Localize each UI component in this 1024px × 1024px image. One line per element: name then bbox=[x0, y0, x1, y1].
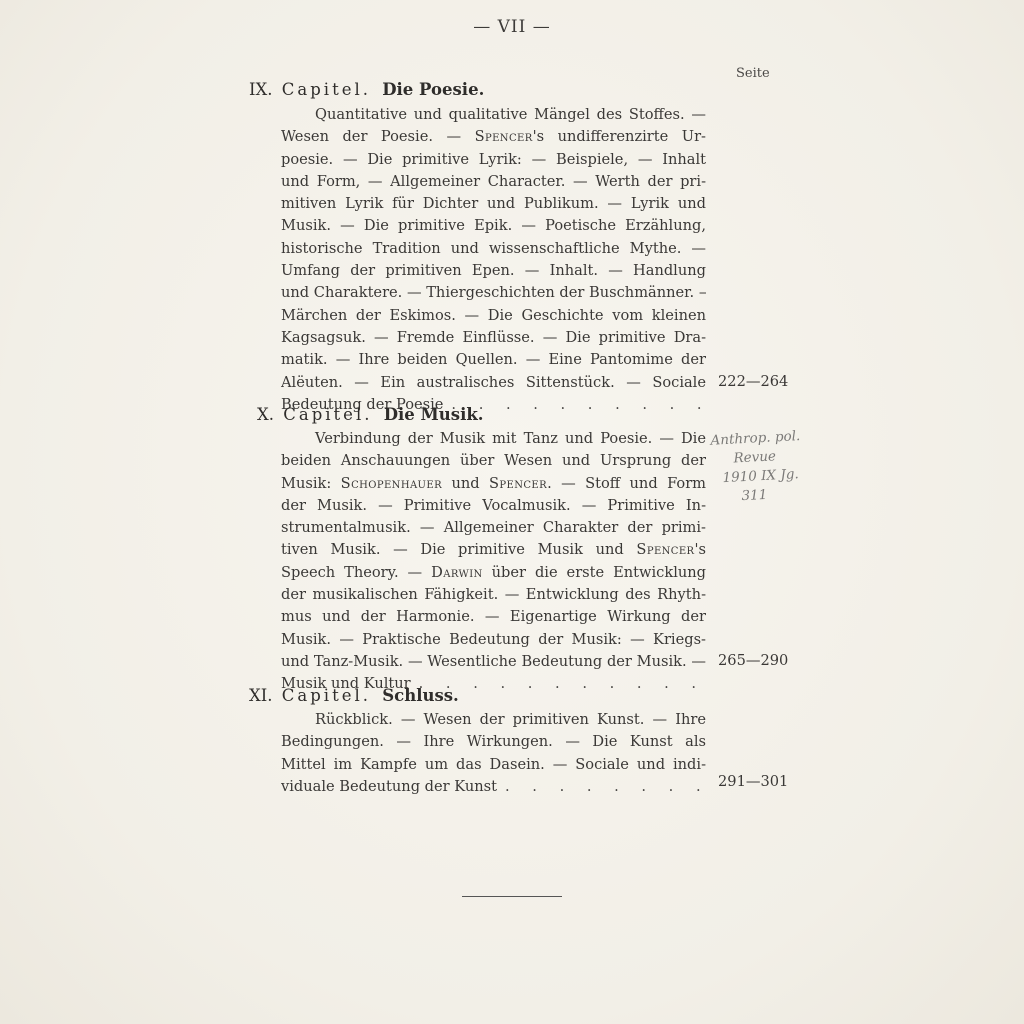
summary-line: der musikalischen Fähigkeit. — Entwicklu… bbox=[281, 584, 706, 606]
summary-line: Rückblick. — Wesen der primitiven Kunst.… bbox=[281, 709, 706, 731]
chapter-ix-summary: Quantitative und qualitative Mängel des … bbox=[281, 104, 706, 416]
summary-line: und Charaktere. — Thiergeschichten der B… bbox=[281, 282, 706, 304]
summary-line: mitiven Lyrik für Dichter und Publikum. … bbox=[281, 193, 706, 215]
chapter-number: XI. bbox=[249, 686, 273, 705]
summary-line: Verbindung der Musik mit Tanz und Poesie… bbox=[281, 428, 706, 450]
chapter-ix-pages: 222—264 bbox=[718, 373, 788, 390]
summary-line: und Form, — Allgemeiner Character. — Wer… bbox=[281, 171, 706, 193]
summary-line: und Tanz-Musik. — Wesentliche Bedeutung … bbox=[281, 651, 706, 673]
chapter-number: X. bbox=[257, 405, 274, 424]
book-page: — VII — Seite IX. Capitel. Die Poesie. Q… bbox=[0, 0, 1024, 1024]
summary-last-line: viduale Bedeutung der Kunst. . . . . . .… bbox=[281, 776, 706, 798]
author-name: Darwin bbox=[431, 564, 483, 581]
summary-line: mus und der Harmonie. — Eigenartige Wirk… bbox=[281, 606, 706, 628]
summary-line: Märchen der Eskimos. — Die Geschichte vo… bbox=[281, 305, 706, 327]
closing-rule bbox=[462, 896, 562, 897]
author-name: Spencer bbox=[636, 541, 694, 558]
summary-line: Kagsagsuk. — Fremde Einflüsse. — Die pri… bbox=[281, 327, 706, 349]
chapter-title: Die Poesie. bbox=[382, 80, 484, 99]
summary-line: Speech Theory. — Darwin über die erste E… bbox=[281, 562, 706, 584]
chapter-heading-ix: IX. Capitel. Die Poesie. bbox=[249, 80, 484, 99]
chapter-label: Capitel. bbox=[282, 80, 371, 99]
summary-line-text: viduale Bedeutung der Kunst bbox=[281, 776, 497, 798]
author-name: Schopenhauer bbox=[341, 475, 442, 492]
seite-column-label: Seite bbox=[736, 66, 770, 81]
author-name: Spencer bbox=[489, 475, 547, 492]
summary-line: historische Tradition und wissenschaftli… bbox=[281, 238, 706, 260]
leader-dots: . . . . . . . . . . . . . . . . . . . . … bbox=[419, 673, 706, 695]
summary-line: Mittel im Kampfe um das Dasein. — Social… bbox=[281, 754, 706, 776]
chapter-xi-summary: Rückblick. — Wesen der primitiven Kunst.… bbox=[281, 709, 706, 798]
summary-line: Musik. — Die primitive Epik. — Poetische… bbox=[281, 215, 706, 237]
author-name: Spencer bbox=[475, 128, 533, 145]
summary-line: beiden Anschauungen über Wesen und Urspr… bbox=[281, 450, 706, 472]
summary-line: Wesen der Poesie. — Spencer's undifferen… bbox=[281, 126, 706, 148]
chapter-title: Die Musik. bbox=[384, 405, 484, 424]
chapter-label: Capitel. bbox=[282, 686, 371, 705]
page-folio: — VII — bbox=[0, 17, 1024, 37]
summary-line: tiven Musik. — Die primitive Musik und S… bbox=[281, 539, 706, 561]
chapter-xi-pages: 291—301 bbox=[718, 773, 788, 790]
summary-line: Alëuten. — Ein australisches Sittenstück… bbox=[281, 372, 706, 394]
summary-line: strumentalmusik. — Allgemeiner Charakter… bbox=[281, 517, 706, 539]
summary-line: Quantitative und qualitative Mängel des … bbox=[281, 104, 706, 126]
summary-line: Bedingungen. — Ihre Wirkungen. — Die Kun… bbox=[281, 731, 706, 753]
chapter-x-summary: Verbindung der Musik mit Tanz und Poesie… bbox=[281, 428, 706, 696]
chapter-label: Capitel. bbox=[283, 405, 372, 424]
chapter-title: Schluss. bbox=[382, 686, 459, 705]
summary-line: Musik. — Praktische Bedeutung der Musik:… bbox=[281, 629, 706, 651]
summary-line: Musik: Schopenhauer und Spencer. — Stoff… bbox=[281, 473, 706, 495]
summary-line: Umfang der primitiven Epen. — Inhalt. — … bbox=[281, 260, 706, 282]
chapter-heading-x: X. Capitel. Die Musik. bbox=[257, 405, 484, 424]
handwritten-annotation: Anthrop. pol. Revue 1910 IX Jg. 311 bbox=[710, 424, 854, 507]
summary-line: poesie. — Die primitive Lyrik: — Beispie… bbox=[281, 149, 706, 171]
chapter-heading-xi: XI. Capitel. Schluss. bbox=[249, 686, 459, 705]
summary-line: matik. — Ihre beiden Quellen. — Eine Pan… bbox=[281, 349, 706, 371]
leader-dots: . . . . . . . . . . . . . . . . . . . . … bbox=[505, 776, 706, 798]
chapter-number: IX. bbox=[249, 80, 273, 99]
leader-dots: . . . . . . . . . . . . . . . . . . . . … bbox=[451, 394, 706, 416]
chapter-x-pages: 265—290 bbox=[718, 652, 788, 669]
summary-line: der Musik. — Primitive Vocalmusik. — Pri… bbox=[281, 495, 706, 517]
